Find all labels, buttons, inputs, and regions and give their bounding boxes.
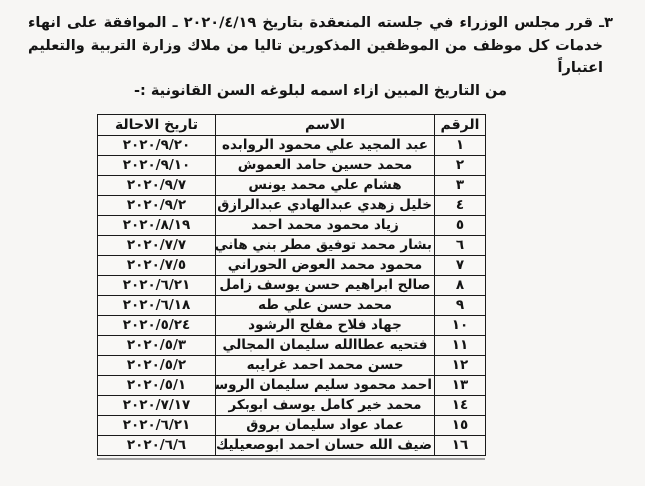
decision-paragraph: ٣ـ قرر مجلس الوزراء في جلسته المنعقدة بت… bbox=[28, 12, 613, 102]
cell-num: ٩ bbox=[435, 296, 486, 316]
cell-name: محمد خير كامل يوسف ابوبكر bbox=[216, 396, 435, 416]
cell-name: ضيف الله حسان احمد ابوصعيليك bbox=[216, 436, 435, 456]
cell-name: صالح ابراهيم حسن يوسف زامل bbox=[216, 276, 435, 296]
cell-date: ٢٠٢٠/٧/٥ bbox=[98, 256, 216, 276]
cell-num: ٢ bbox=[435, 156, 486, 176]
employees-table: الرقم الاسم تاريخ الاحالة ١عبد المجيد عل… bbox=[97, 114, 486, 456]
table-row: ٩محمد حسن علي طه٢٠٢٠/٦/١٨ bbox=[98, 296, 486, 316]
cell-num: ١٦ bbox=[435, 436, 486, 456]
cell-name: بشار محمد توفيق مطر بني هاني bbox=[216, 236, 435, 256]
table-row: ١٣احمد محمود سليم سليمان الروسان٢٠٢٠/٥/١ bbox=[98, 376, 486, 396]
cell-date: ٢٠٢٠/٦/١٨ bbox=[98, 296, 216, 316]
paragraph-line-1: ٣ـ قرر مجلس الوزراء في جلسته المنعقدة بت… bbox=[28, 12, 613, 35]
table-row: ٦بشار محمد توفيق مطر بني هاني٢٠٢٠/٧/٧ bbox=[98, 236, 486, 256]
cell-date: ٢٠٢٠/٩/٢٠ bbox=[98, 136, 216, 156]
table-row: ٤خليل زهدي عبدالهادي عبدالرازق٢٠٢٠/٩/٢ bbox=[98, 196, 486, 216]
cell-num: ٦ bbox=[435, 236, 486, 256]
cell-num: ١٥ bbox=[435, 416, 486, 436]
table-row: ١١فتحيه عطاالله سليمان المجالي٢٠٢٠/٥/٣ bbox=[98, 336, 486, 356]
cell-name: محمد حسين حامد العموش bbox=[216, 156, 435, 176]
cell-num: ٨ bbox=[435, 276, 486, 296]
cell-date: ٢٠٢٠/٥/٢٤ bbox=[98, 316, 216, 336]
cell-name: احمد محمود سليم سليمان الروسان bbox=[216, 376, 435, 396]
cell-date: ٢٠٢٠/٥/٢ bbox=[98, 356, 216, 376]
cell-num: ١ bbox=[435, 136, 486, 156]
cell-date: ٢٠٢٠/٧/١٧ bbox=[98, 396, 216, 416]
cell-name: عبد المجيد علي محمود الروابده bbox=[216, 136, 435, 156]
table-row: ٢محمد حسين حامد العموش٢٠٢٠/٩/١٠ bbox=[98, 156, 486, 176]
cell-name: فتحيه عطاالله سليمان المجالي bbox=[216, 336, 435, 356]
cell-num: ١١ bbox=[435, 336, 486, 356]
cell-name: محمد حسن علي طه bbox=[216, 296, 435, 316]
header-number: الرقم bbox=[435, 115, 486, 136]
header-name: الاسم bbox=[216, 115, 435, 136]
cell-date: ٢٠٢٠/٥/١ bbox=[98, 376, 216, 396]
table-row: ١٢حسن محمد احمد غرايبه٢٠٢٠/٥/٢ bbox=[98, 356, 486, 376]
table-row: ٨صالح ابراهيم حسن يوسف زامل٢٠٢٠/٦/٢١ bbox=[98, 276, 486, 296]
cell-num: ١٠ bbox=[435, 316, 486, 336]
cell-date: ٢٠٢٠/٧/٧ bbox=[98, 236, 216, 256]
cell-num: ٣ bbox=[435, 176, 486, 196]
table-row: ٣هشام علي محمد يونس٢٠٢٠/٩/٧ bbox=[98, 176, 486, 196]
table-row: ١٥عماد عواد سليمان بروق٢٠٢٠/٦/٢١ bbox=[98, 416, 486, 436]
cell-date: ٢٠٢٠/٩/١٠ bbox=[98, 156, 216, 176]
cell-date: ٢٠٢٠/٦/٢١ bbox=[98, 416, 216, 436]
cell-date: ٢٠٢٠/٦/٦ bbox=[98, 436, 216, 456]
cell-name: زياد محمود محمد احمد bbox=[216, 216, 435, 236]
cell-name: حسن محمد احمد غرايبه bbox=[216, 356, 435, 376]
cell-num: ١٢ bbox=[435, 356, 486, 376]
cell-num: ١٤ bbox=[435, 396, 486, 416]
cell-date: ٢٠٢٠/٩/٧ bbox=[98, 176, 216, 196]
cell-name: جهاد فلاح مفلح الرشود bbox=[216, 316, 435, 336]
cell-num: ٧ bbox=[435, 256, 486, 276]
table-row: ١عبد المجيد علي محمود الروابده٢٠٢٠/٩/٢٠ bbox=[98, 136, 486, 156]
cell-num: ٤ bbox=[435, 196, 486, 216]
cell-date: ٢٠٢٠/٨/١٩ bbox=[98, 216, 216, 236]
table-row: ١٦ضيف الله حسان احمد ابوصعيليك٢٠٢٠/٦/٦ bbox=[98, 436, 486, 456]
cell-date: ٢٠٢٠/٦/٢١ bbox=[98, 276, 216, 296]
cell-name: هشام علي محمد يونس bbox=[216, 176, 435, 196]
cell-name: خليل زهدي عبدالهادي عبدالرازق bbox=[216, 196, 435, 216]
header-date: تاريخ الاحالة bbox=[98, 115, 216, 136]
table-row: ٧محمود محمد العوض الحوراني٢٠٢٠/٧/٥ bbox=[98, 256, 486, 276]
table-row: ١٠جهاد فلاح مفلح الرشود٢٠٢٠/٥/٢٤ bbox=[98, 316, 486, 336]
cell-num: ٥ bbox=[435, 216, 486, 236]
table-row: ٥زياد محمود محمد احمد٢٠٢٠/٨/١٩ bbox=[98, 216, 486, 236]
cell-name: محمود محمد العوض الحوراني bbox=[216, 256, 435, 276]
employees-table-wrap: الرقم الاسم تاريخ الاحالة ١عبد المجيد عل… bbox=[97, 114, 485, 460]
cell-name: عماد عواد سليمان بروق bbox=[216, 416, 435, 436]
table-scan-shadow bbox=[97, 458, 485, 460]
paragraph-line-3: من التاريخ المبين ازاء اسمه لبلوغه السن … bbox=[28, 80, 613, 103]
cell-date: ٢٠٢٠/٥/٣ bbox=[98, 336, 216, 356]
table-row: ١٤محمد خير كامل يوسف ابوبكر٢٠٢٠/٧/١٧ bbox=[98, 396, 486, 416]
table-header-row: الرقم الاسم تاريخ الاحالة bbox=[98, 115, 486, 136]
cell-num: ١٣ bbox=[435, 376, 486, 396]
cell-date: ٢٠٢٠/٩/٢ bbox=[98, 196, 216, 216]
paragraph-line-2: خدمات كل موظف من الموظفين المذكورين تالي… bbox=[28, 35, 603, 80]
document-page: ٣ـ قرر مجلس الوزراء في جلسته المنعقدة بت… bbox=[0, 0, 645, 486]
